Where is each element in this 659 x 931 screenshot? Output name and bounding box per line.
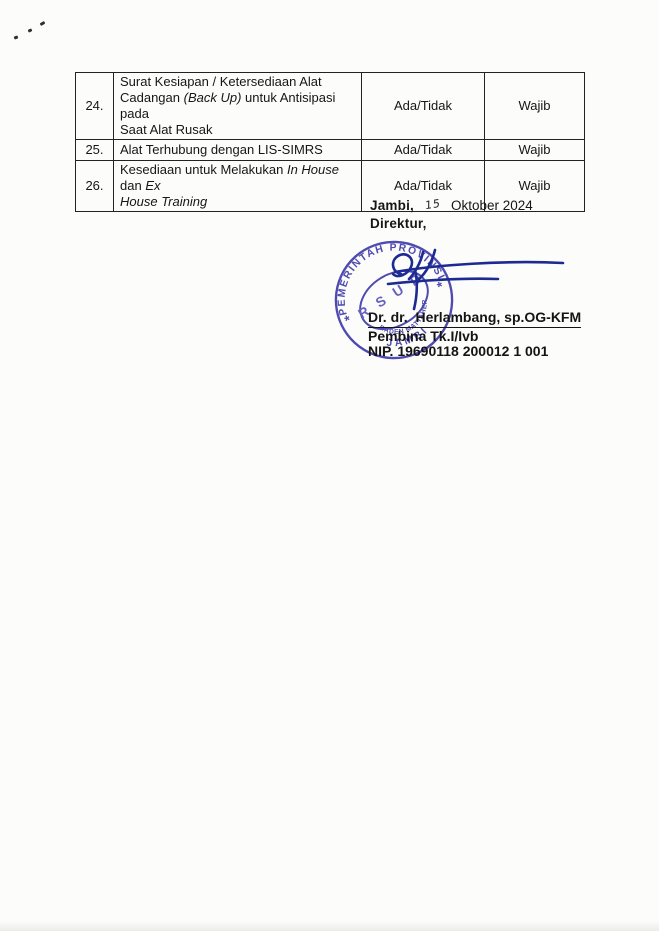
requirement-cell: Wajib: [485, 140, 585, 161]
director-title: Direktur,: [370, 216, 533, 231]
description-cell: Alat Terhubung dengan LIS-SIMRS: [114, 140, 362, 161]
place-label: Jambi,: [370, 198, 414, 213]
month-year-label: Oktober 2024: [451, 198, 533, 213]
row-number-cell: 25.: [76, 140, 114, 161]
stamp-star-left: *: [343, 312, 354, 328]
availability-cell: Ada/Tidak: [362, 73, 485, 140]
pen-mark: [40, 21, 46, 26]
requirements-table: 24.Surat Kesiapan / Ketersediaan AlatCad…: [75, 72, 585, 212]
place-date-line: Jambi,15Oktober 2024: [370, 198, 533, 213]
scanned-document-page: 24.Surat Kesiapan / Ketersediaan AlatCad…: [0, 0, 659, 931]
availability-cell: Ada/Tidak: [362, 140, 485, 161]
signer-nip: NIP. 19690118 200012 1 001: [368, 344, 581, 360]
handwritten-day: 15: [425, 197, 441, 213]
signer-rank: Pembina Tk.I/Ivb: [368, 329, 581, 345]
table-row: 24.Surat Kesiapan / Ketersediaan AlatCad…: [76, 73, 585, 140]
row-number-cell: 24.: [76, 73, 114, 140]
requirements-table-body: 24.Surat Kesiapan / Ketersediaan AlatCad…: [76, 73, 585, 212]
signer-block: Dr. dr. Herlambang, sp.OG-KFM Pembina Tk…: [368, 310, 581, 360]
closing-block: Jambi,15Oktober 2024 Direktur,: [370, 198, 533, 231]
description-cell: Surat Kesiapan / Ketersediaan AlatCadang…: [114, 73, 362, 140]
pen-mark: [14, 35, 19, 39]
description-cell: Kesediaan untuk Melakukan In House dan E…: [114, 161, 362, 212]
requirement-cell: Wajib: [485, 73, 585, 140]
row-number-cell: 26.: [76, 161, 114, 212]
table-row: 25.Alat Terhubung dengan LIS-SIMRSAda/Ti…: [76, 140, 585, 161]
pen-mark: [28, 28, 33, 32]
signer-name: Dr. dr. Herlambang, sp.OG-KFM: [368, 310, 581, 328]
